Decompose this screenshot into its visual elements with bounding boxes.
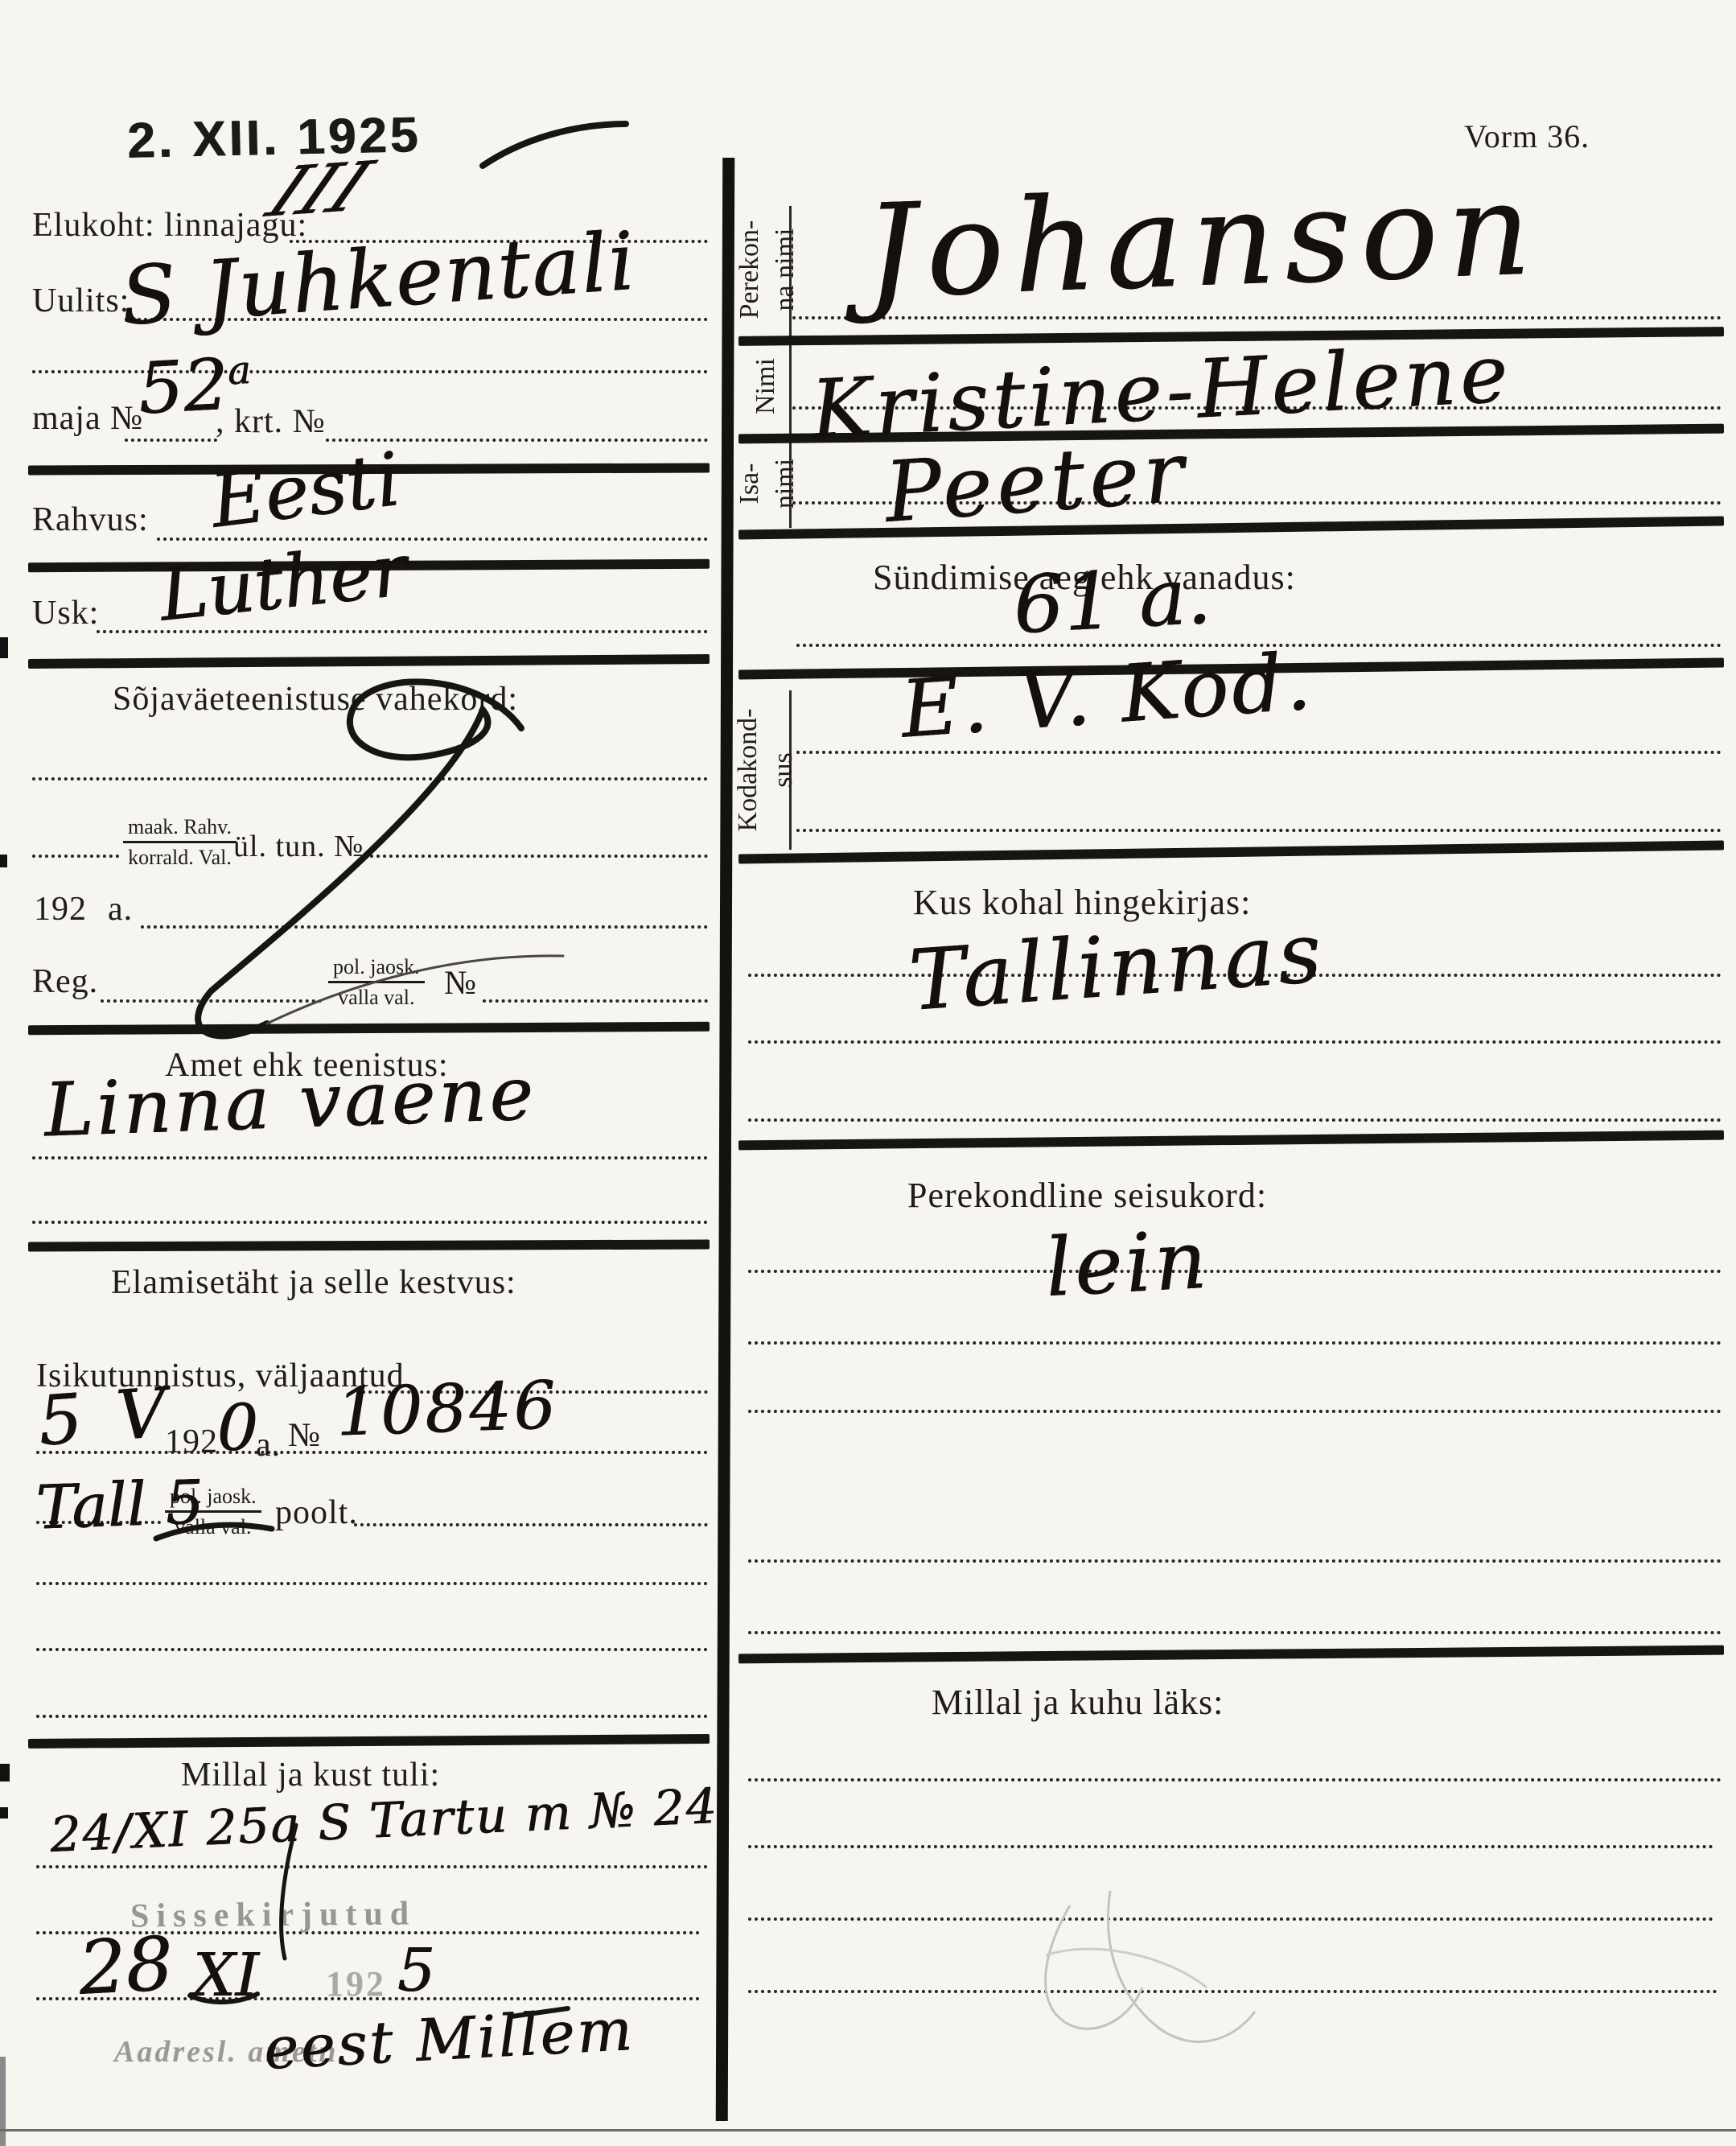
dotted-line xyxy=(36,1865,708,1868)
departure-heading: Millal ja kuhu läks: xyxy=(932,1682,1224,1723)
house-no-suffix: a xyxy=(227,348,253,393)
id-issuer-handwritten: Tall 5 xyxy=(35,1466,205,1543)
tuli-section-heading: Millal ja kust tuli: xyxy=(181,1756,440,1794)
dotted-line xyxy=(32,777,708,781)
entry-year-stamp: 192 xyxy=(326,1963,386,2004)
family-name-vertical-label: Perekon- na nimi xyxy=(732,205,796,334)
family-name-label-line1: Perekon- xyxy=(732,205,767,334)
section-bar xyxy=(738,840,1724,863)
usk-label: Usk: xyxy=(32,594,99,632)
reg-no-sign: № xyxy=(444,964,477,1003)
dotted-line xyxy=(748,1559,1722,1563)
stamp-swoosh-stroke xyxy=(483,124,626,166)
section-bar xyxy=(738,1646,1724,1664)
entry-day-handwritten: 28 xyxy=(76,1921,175,2012)
entry-year-digit-handwritten: 5 xyxy=(397,1936,435,2005)
citizenship-label-line1: Kodakond- xyxy=(730,690,766,851)
family-name-label-line2: na nimi xyxy=(767,205,803,334)
maak-fraction-top: maak. Rahv. xyxy=(123,814,237,843)
dotted-line xyxy=(748,1040,1722,1044)
occupation-handwritten: Linna vaene xyxy=(43,1050,537,1153)
dotted-line xyxy=(748,1410,1722,1413)
tun-label: ül. tun. № xyxy=(233,829,364,864)
id-year-digit-handwritten: 0 xyxy=(217,1390,258,1465)
year-prefix: 192 xyxy=(34,890,87,929)
family-status-handwritten: lein xyxy=(1043,1213,1211,1315)
dotted-line xyxy=(748,1778,1722,1781)
first-name-vertical-label: Nimi xyxy=(748,342,780,430)
maak-fraction-label: maak. Rahv. korrald. Val. xyxy=(123,814,237,870)
id-date-handwritten: 5 V xyxy=(36,1373,175,1461)
section-bar xyxy=(28,1022,710,1035)
dotted-line xyxy=(32,1221,708,1224)
entry-month-handwritten: XI xyxy=(193,1941,259,2010)
dotted-line xyxy=(32,1156,708,1159)
dotted-line xyxy=(36,1582,708,1585)
scan-edge-mark xyxy=(0,855,7,867)
dotted-line xyxy=(36,1715,708,1718)
section-bar xyxy=(28,1734,710,1749)
house-no-handwritten: 52a xyxy=(136,341,253,430)
pencil-scribble xyxy=(1046,1949,1207,1987)
dotted-line xyxy=(370,855,708,858)
dotted-line xyxy=(748,1845,1713,1848)
citizenship-vertical-label: Kodakond- sus xyxy=(730,690,795,851)
section-bar xyxy=(28,654,710,669)
form-number: Vorm 36. xyxy=(1464,117,1590,155)
nationality-handwritten: Eesti xyxy=(206,436,405,545)
elamis-section-heading: Elamisetäht ja selle kestvus: xyxy=(111,1263,516,1302)
family-name-handwritten: Johanson xyxy=(862,153,1542,327)
citizenship-label-line2: sus xyxy=(766,690,801,851)
dotted-line xyxy=(101,999,322,1003)
year-suffix: a. xyxy=(108,890,133,929)
military-section-heading: Sõjaväeteenistuse vahekord: xyxy=(113,680,518,719)
pencil-scribble xyxy=(1046,1905,1142,2029)
dotted-line xyxy=(483,999,708,1003)
father-name-vertical-label: Isa- nimi xyxy=(732,439,796,528)
family-status-heading: Perekondline seisukord: xyxy=(907,1175,1267,1216)
dotted-line xyxy=(748,1917,1713,1921)
father-name-label-line1: Isa- xyxy=(732,439,767,528)
dotted-line xyxy=(748,1341,1722,1345)
poolt-label: poolt. xyxy=(275,1493,358,1532)
scan-edge-shadow xyxy=(0,2057,6,2146)
uulits-label: Uulits: xyxy=(32,282,130,320)
dotted-line xyxy=(125,439,217,442)
maja-label: maja № xyxy=(32,399,143,438)
pol-fraction-bottom: valla val. xyxy=(328,983,425,1010)
scan-edge-mark xyxy=(0,637,8,658)
scan-bottom-edge xyxy=(0,2129,1736,2132)
registration-card-scan: 2. XII. 1925 III Vorm 36. Elukoht: linna… xyxy=(0,0,1736,2146)
maak-fraction-bottom: korrald. Val. xyxy=(123,843,237,870)
father-name-label-line2: nimi xyxy=(767,439,803,528)
section-bar xyxy=(28,1240,710,1252)
official-signature-handwritten: eest Millem xyxy=(262,1996,636,2082)
citizenship-handwritten: E. V. Kod. xyxy=(899,636,1317,756)
isik-year-suffix: a. xyxy=(256,1426,281,1464)
rahvus-label: Rahvus: xyxy=(32,500,149,539)
id-number-handwritten: 10846 xyxy=(335,1367,559,1452)
dotted-line xyxy=(32,855,119,858)
sissekirjutatud-stamp: Sissekirjutud xyxy=(130,1894,416,1935)
dotted-line xyxy=(748,1631,1722,1634)
house-no-number: 52 xyxy=(136,343,230,430)
dotted-line xyxy=(748,1270,1722,1273)
section-bar xyxy=(738,516,1724,539)
dotted-line xyxy=(141,925,708,929)
scan-edge-mark xyxy=(0,1764,10,1781)
reg-label: Reg. xyxy=(32,962,98,1001)
age-handwritten: 61 a. xyxy=(1011,550,1213,653)
dotted-line xyxy=(32,370,708,373)
dotted-line xyxy=(748,1118,1722,1122)
scan-edge-mark xyxy=(0,1807,8,1819)
dotted-line xyxy=(354,1523,708,1526)
section-bar xyxy=(738,1131,1724,1151)
pol-fraction-label: pol. jaosk. valla val. xyxy=(328,954,425,1010)
dotted-line xyxy=(36,1648,708,1651)
religion-handwritten: Luther xyxy=(155,528,410,638)
first-name-label: Nimi xyxy=(748,342,784,430)
dotted-line xyxy=(796,829,1722,832)
pol-fraction-top: pol. jaosk. xyxy=(328,954,425,983)
isik-no-sign: № xyxy=(288,1416,321,1455)
dotted-line xyxy=(748,1990,1717,1993)
pencil-scribble xyxy=(1109,1891,1256,2041)
